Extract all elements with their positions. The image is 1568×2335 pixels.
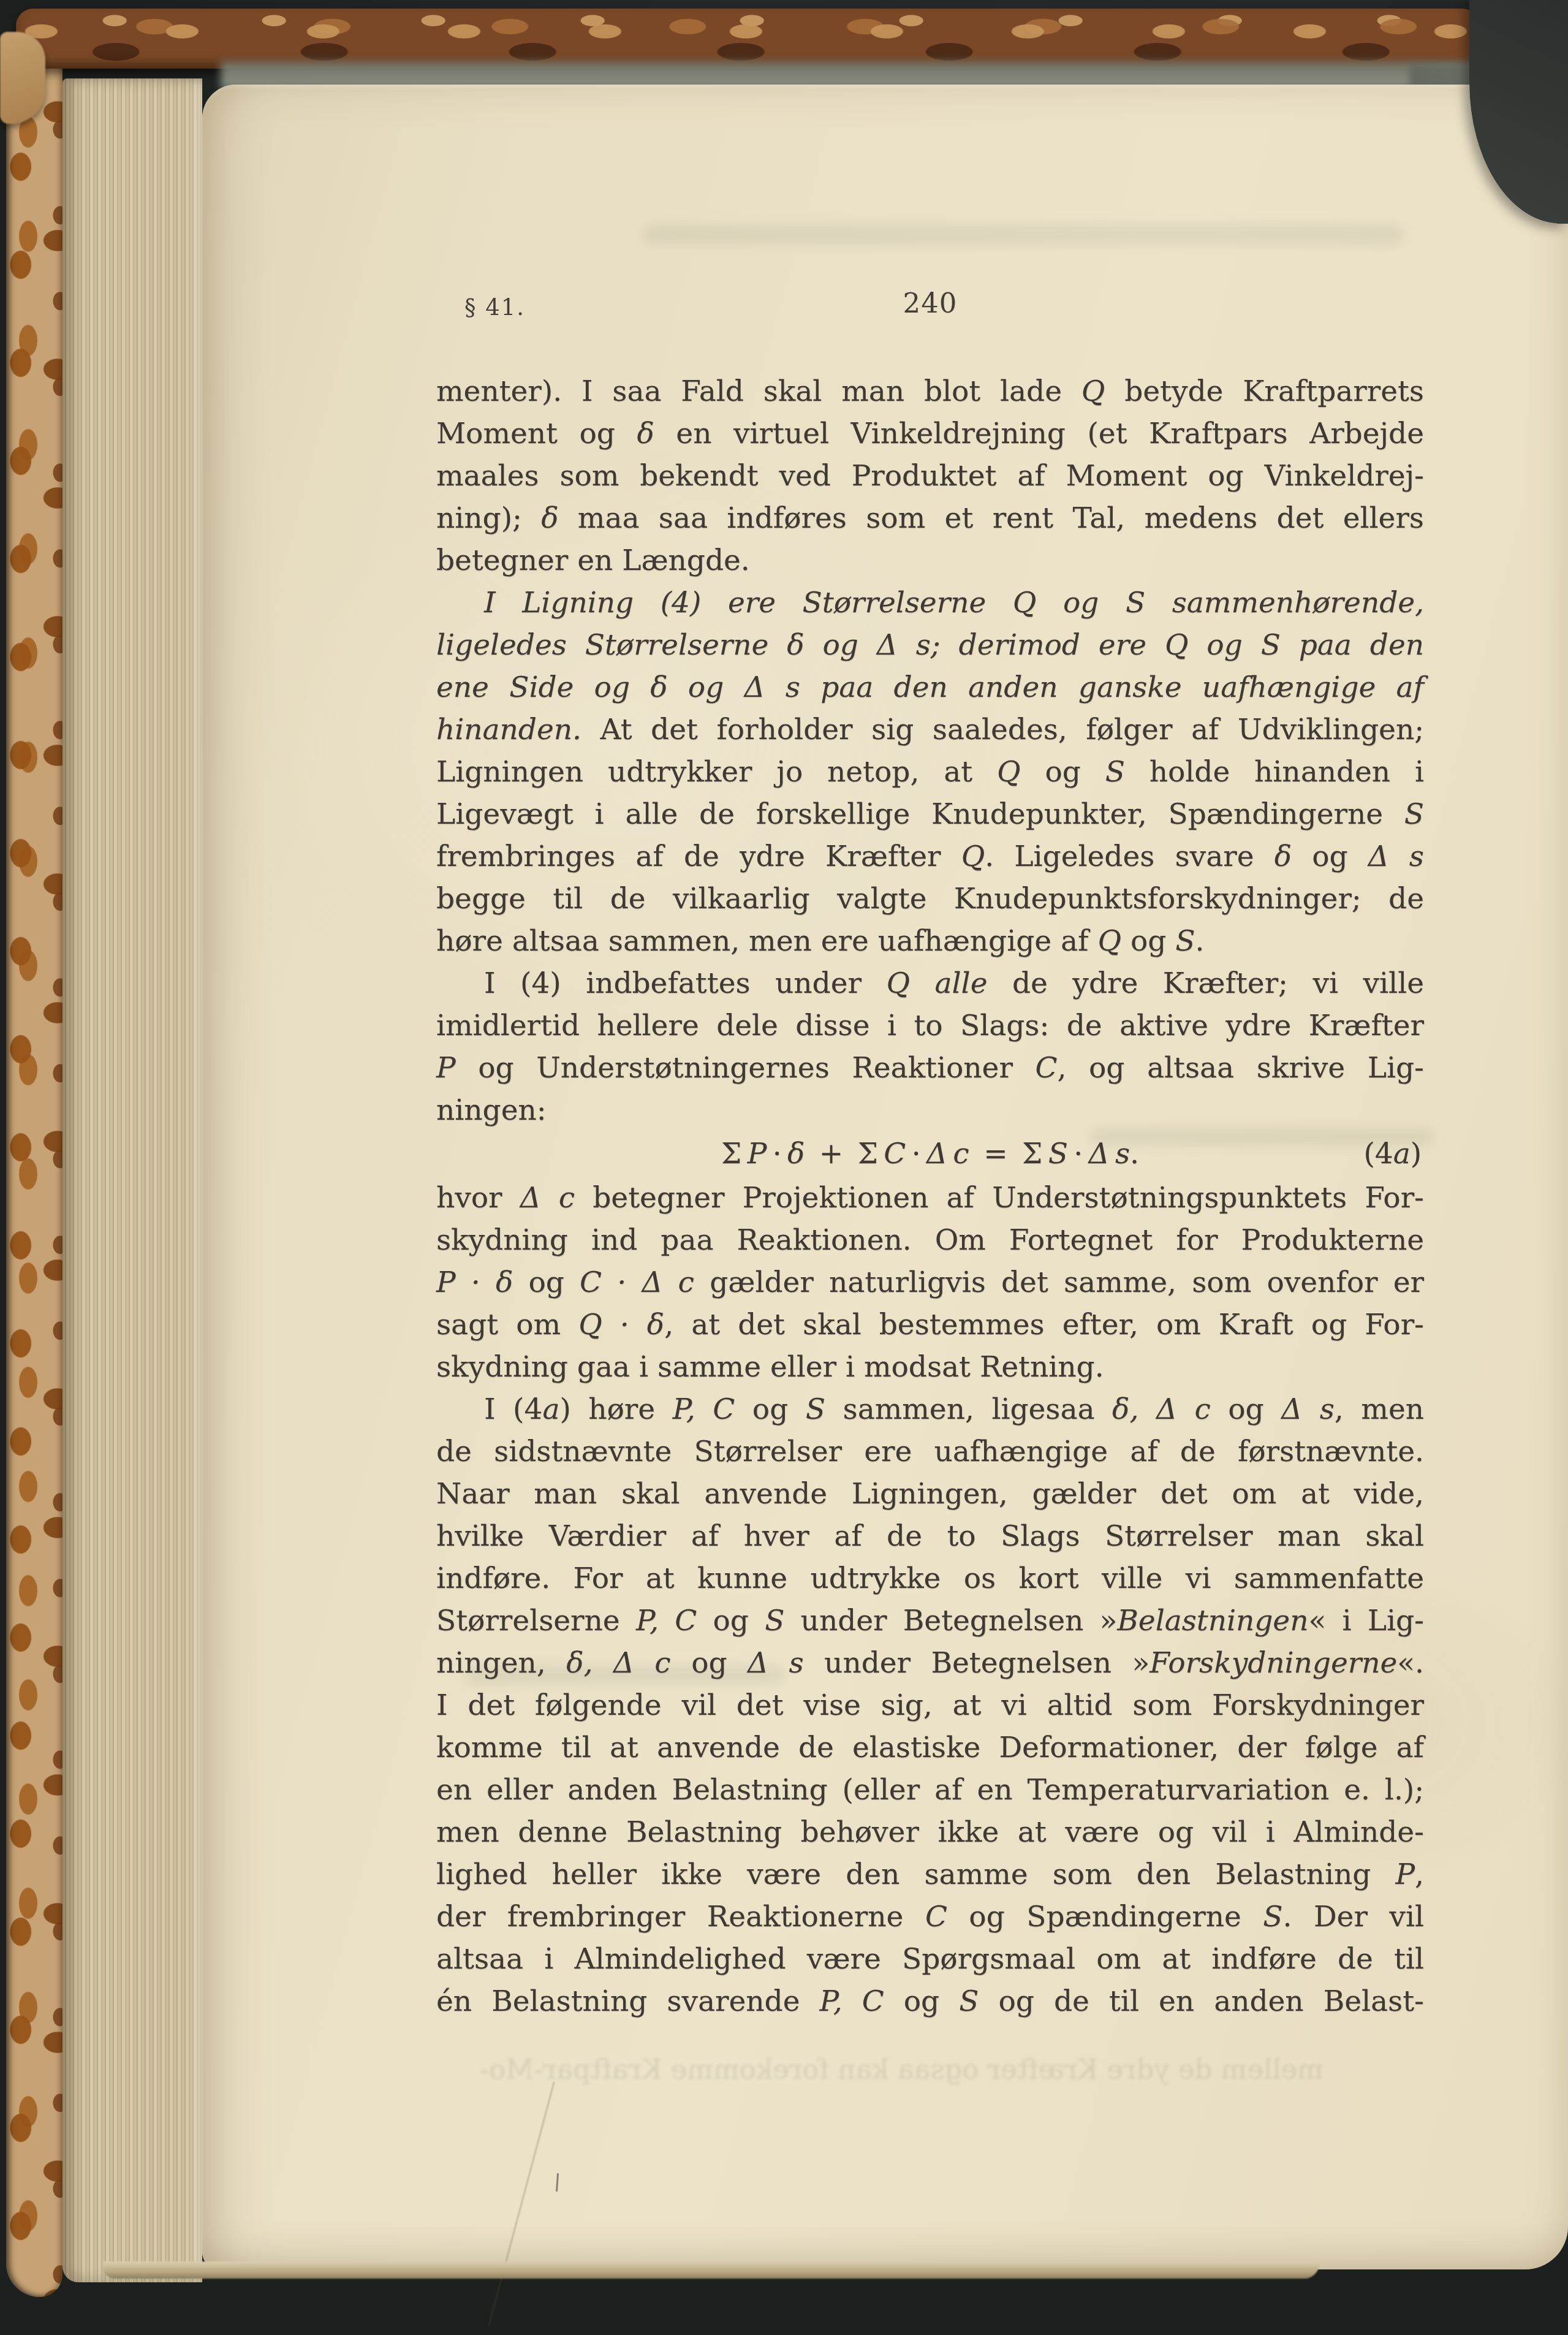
text-segment: , men [1335, 1392, 1424, 1426]
text-segment: gælder naturligvis det samme, som ovenfo… [694, 1266, 1424, 1299]
text-segment: hvilke Værdier af hver af de to Slags St… [436, 1519, 1424, 1553]
text-segment: og [735, 1392, 806, 1426]
text-segment: betegner Projektionen af Understøtningsp… [575, 1181, 1424, 1215]
math-symbol: ene Side og δ og Δ s paa den anden gansk… [436, 670, 1424, 704]
paragraph: I (4a) høre P, C og S sammen, ligesaa δ,… [436, 1388, 1424, 2022]
text-segment: en eller anden Belastning (eller af en T… [436, 1773, 1424, 1807]
text-segment: de ydre Kræfter; vi ville [987, 966, 1424, 1000]
math-symbol: Δ s [1368, 840, 1424, 873]
page-bottom-edge [103, 2261, 1319, 2279]
text-segment: . Ligeledes svare [985, 840, 1274, 873]
text-line: Ligevægt i alle de forskellige Knudepunk… [436, 793, 1424, 835]
math-symbol: δ, Δ c [566, 1646, 671, 1680]
text-segment: menter). I saa Fald skal man blot lade [436, 374, 1081, 408]
text-line: I Ligning (4) ere Størrelserne Q og S sa… [436, 582, 1424, 624]
math-symbol: Δ s [1281, 1392, 1335, 1426]
text-line: maales som bekendt ved Produktet af Mome… [436, 455, 1424, 497]
text-line: betegner en Længde. [436, 539, 1424, 582]
page-stack-edge [62, 78, 202, 2282]
math-symbol: C [1036, 1051, 1058, 1085]
pencil-mark [556, 2173, 559, 2192]
math-symbol: S [765, 1604, 784, 1638]
text-segment: og [513, 1266, 580, 1299]
math-symbol: S [1105, 755, 1125, 789]
math-symbol: δ, Δ c [1112, 1392, 1211, 1426]
bleed-through-smudge [643, 224, 1403, 245]
text-line: én Belastning svarende P, C og S og de t… [436, 1980, 1424, 2022]
paragraph: I (4) indbefattes under Q alle de ydre K… [436, 962, 1424, 1131]
text-line: skydning gaa i samme eller i modsat Retn… [436, 1346, 1424, 1388]
text-line: imidlertid hellere dele disse i to Slags… [436, 1004, 1424, 1047]
text-segment: · [1068, 1137, 1089, 1171]
text-line: I det følgende vil det vise sig, at vi a… [436, 1684, 1424, 1726]
math-symbol: Q [961, 840, 985, 873]
text-line: Moment og δ en virtuel Vinkeldrejning (e… [436, 412, 1424, 455]
text-line: men denne Belastning behøver ikke at vær… [436, 1811, 1424, 1853]
text-segment: skydning ind paa Reaktionen. Om Fortegne… [436, 1223, 1424, 1257]
math-symbol: S [1048, 1137, 1068, 1171]
text-line: ning); δ maa saa indføres som et rent Ta… [436, 497, 1424, 539]
text-segment: og [671, 1646, 748, 1680]
math-symbol: Q [997, 755, 1021, 789]
text-segment: « i Lig- [1308, 1604, 1424, 1638]
body-text: menter). I saa Fald skal man blot lade Q… [436, 370, 1424, 2022]
text-line: høre altsaa sammen, men ere uafhængige a… [436, 920, 1424, 962]
math-symbol: Q [1097, 924, 1121, 958]
text-segment: og [1292, 840, 1368, 873]
text-segment: lighed heller ikke være den samme som de… [436, 1858, 1395, 1891]
book-cover-top-edge [16, 9, 1484, 69]
text-line: ligeledes Størrelserne δ og Δ s; derimod… [436, 624, 1424, 666]
text-segment: og Spændingerne [947, 1900, 1263, 1934]
text-segment: . [1195, 924, 1204, 958]
text-line: ningen, δ, Δ c og Δ s under Betegnelsen … [436, 1642, 1424, 1684]
math-symbol: S [806, 1392, 825, 1426]
text-segment: hvor [436, 1181, 520, 1215]
math-symbol: C [925, 1900, 947, 1934]
text-line: der frembringer Reaktionerne C og Spændi… [436, 1896, 1424, 1938]
math-symbol: Δ s [748, 1646, 804, 1680]
text-line: lighed heller ikke være den samme som de… [436, 1853, 1424, 1896]
text-segment: Σ [858, 1137, 884, 1171]
text-segment: men denne Belastning behøver ikke at vær… [436, 1815, 1424, 1849]
text-segment: én Belastning svarende [436, 1984, 820, 2018]
math-symbol: S [959, 1984, 979, 2018]
text-line: altsaa i Almindelighed være Spørgsmaal o… [436, 1938, 1424, 1980]
text-segment: frembringes af de ydre Kræfter [436, 840, 961, 873]
text-segment: under Betegnelsen » [804, 1646, 1150, 1680]
math-symbol: alle [935, 966, 988, 1000]
text-segment: ningen: [436, 1093, 547, 1127]
text-segment: en virtuel Vinkeldrejning (et Kraftpars … [654, 417, 1424, 450]
text-segment: og Understøtningernes Reaktioner [456, 1051, 1036, 1085]
page-header: § 41. 240 [436, 287, 1424, 330]
text-segment: og [884, 1984, 960, 2018]
text-line: begge til de vilkaarlig valgte Knudepunk… [436, 878, 1424, 920]
page-number: 240 [436, 287, 1424, 319]
text-segment: betyde Kraftparrets [1105, 374, 1424, 408]
math-symbol: a [542, 1392, 559, 1426]
text-segment: Ligevægt i alle de forskellige Knudepunk… [436, 797, 1404, 831]
text-segment: komme til at anvende de elastiske Deform… [436, 1731, 1424, 1764]
math-symbol: S [1175, 924, 1195, 958]
text-segment [910, 966, 935, 1000]
math-symbol: P [748, 1137, 767, 1171]
scanned-book-page: § 41. 240 menter). I saa Fald skal man b… [0, 0, 1568, 2335]
text-line: indføre. For at kunne udtrykke os kort v… [436, 1557, 1424, 1600]
text-line: menter). I saa Fald skal man blot lade Q… [436, 370, 1424, 412]
text-line: ningen: [436, 1089, 1424, 1131]
text-segment: sagt om [436, 1308, 578, 1342]
bleed-through-text: mellem de ydre Kræfter ogsaa kan forekom… [429, 2053, 1324, 2086]
text-segment: indføre. For at kunne udtrykke os kort v… [436, 1562, 1424, 1595]
text-segment: der frembringer Reaktionerne [436, 1900, 925, 1934]
text-segment: , og altsaa skrive Lig- [1057, 1051, 1424, 1085]
text-segment: begge til de vilkaarlig valgte Knudepunk… [436, 882, 1424, 916]
math-symbol: Q · δ [578, 1308, 664, 1342]
book-page: § 41. 240 menter). I saa Fald skal man b… [202, 85, 1568, 2269]
text-segment: + [805, 1137, 857, 1171]
text-segment: Σ [721, 1137, 748, 1171]
text-segment: I (4) indbefattes under [484, 966, 886, 1000]
text-segment: under Betegnelsen » [784, 1604, 1117, 1638]
text-segment: maales som bekendt ved Produktet af Mome… [436, 459, 1424, 493]
math-symbol: Q [886, 966, 910, 1000]
math-symbol: a [1393, 1137, 1411, 1171]
text-line: komme til at anvende de elastiske Deform… [436, 1726, 1424, 1769]
math-symbol: Δ c [926, 1137, 969, 1171]
text-segment: (4 [1363, 1137, 1393, 1171]
equation: Σ P · δ + Σ C · Δ c = Σ S · Δ s. [721, 1137, 1139, 1171]
text-segment: · [906, 1137, 926, 1171]
text-segment: maa saa indføres som et rent Tal, medens… [559, 501, 1424, 535]
text-line: Størrelserne P, C og S under Betegnelsen… [436, 1600, 1424, 1642]
text-line: Ligningen udtrykker jo netop, at Q og S … [436, 751, 1424, 793]
text-segment: ) [1411, 1137, 1422, 1171]
text-segment: Σ [1022, 1137, 1048, 1171]
text-segment: = [969, 1137, 1022, 1171]
text-segment: , [1415, 1858, 1424, 1891]
text-line: sagt om Q · δ, at det skal bestemmes eft… [436, 1304, 1424, 1346]
text-line: I (4a) høre P, C og S sammen, ligesaa δ,… [436, 1388, 1424, 1430]
text-line: hinanden. At det forholder sig saaledes,… [436, 708, 1424, 751]
math-symbol: P [1395, 1858, 1415, 1891]
text-segment: I det følgende vil det vise sig, at vi a… [436, 1688, 1424, 1722]
math-symbol: P, C [636, 1604, 697, 1638]
text-segment: og [697, 1604, 765, 1638]
text-line: Naar man skal anvende Ligningen, gælder … [436, 1473, 1424, 1515]
scratch-mark [488, 2082, 555, 2326]
text-line: hvilke Værdier af hver af de to Slags St… [436, 1515, 1424, 1557]
text-segment: skydning gaa i samme eller i modsat Retn… [436, 1350, 1104, 1384]
text-segment: . Der vil [1282, 1900, 1424, 1934]
math-symbol: C [884, 1137, 906, 1171]
text-segment: sammen, ligesaa [825, 1392, 1112, 1426]
text-segment: Moment og [436, 417, 637, 450]
text-segment: og [1121, 924, 1175, 958]
text-line: ene Side og δ og Δ s paa den anden gansk… [436, 666, 1424, 708]
text-line: P og Understøtningernes Reaktioner C, og… [436, 1047, 1424, 1089]
math-symbol: C · Δ c [580, 1266, 694, 1299]
text-line: skydning ind paa Reaktionen. Om Fortegne… [436, 1219, 1424, 1261]
math-symbol: Forskydningerne [1149, 1646, 1397, 1680]
text-segment: I (4 [484, 1392, 542, 1426]
text-segment: Størrelserne [436, 1604, 636, 1638]
text-line: hvor Δ c betegner Projektionen af Unders… [436, 1177, 1424, 1219]
math-symbol: I Ligning (4) ere Størrelserne Q og S sa… [484, 586, 1424, 620]
text-segment: . [1130, 1137, 1139, 1171]
text-segment: At det forholder sig saaledes, følger af… [581, 713, 1424, 746]
math-symbol: P [436, 1051, 456, 1085]
text-segment: Ligningen udtrykker jo netop, at [436, 755, 997, 789]
text-segment: de sidstnævnte Størrelser ere uafhængige… [436, 1435, 1424, 1468]
text-segment: høre altsaa sammen, men ere uafhængige a… [436, 924, 1097, 958]
math-symbol: Q [1081, 374, 1105, 408]
text-segment: «. [1397, 1646, 1424, 1680]
text-segment: og [1211, 1392, 1282, 1426]
equation-label: (4a) [1363, 1131, 1422, 1177]
text-segment: , at det skal bestemmes efter, om Kraft … [664, 1308, 1424, 1342]
paragraph: I Ligning (4) ere Størrelserne Q og S sa… [436, 582, 1424, 962]
text-line: en eller anden Belastning (eller af en T… [436, 1769, 1424, 1811]
paragraph: menter). I saa Fald skal man blot lade Q… [436, 370, 1424, 582]
math-symbol: δ [787, 1137, 805, 1171]
math-symbol: P, C [673, 1392, 735, 1426]
math-symbol: P · δ [436, 1266, 513, 1299]
text-segment: · [767, 1137, 787, 1171]
text-segment: Naar man skal anvende Ligningen, gælder … [436, 1477, 1424, 1511]
text-segment: imidlertid hellere dele disse i to Slags… [436, 1009, 1424, 1042]
math-symbol: δ [637, 417, 654, 450]
text-segment: ning); [436, 501, 541, 535]
math-symbol: hinanden. [436, 713, 581, 746]
math-symbol: P, C [820, 1984, 884, 2018]
math-symbol: ligeledes Størrelserne δ og Δ s; derimod… [436, 628, 1424, 662]
text-segment: altsaa i Almindelighed være Spørgsmaal o… [436, 1942, 1424, 1976]
text-segment: ) høre [559, 1392, 672, 1426]
math-symbol: δ [1274, 840, 1292, 873]
math-symbol: Δ c [520, 1181, 575, 1215]
text-segment: holde hinanden i [1125, 755, 1424, 789]
text-line: I (4) indbefattes under Q alle de ydre K… [436, 962, 1424, 1004]
math-symbol: Belastningen [1117, 1604, 1308, 1638]
math-symbol: δ [541, 501, 558, 535]
marbled-cover-edge [6, 54, 62, 2297]
text-segment: ningen, [436, 1646, 566, 1680]
text-line: de sidstnævnte Størrelser ere uafhængige… [436, 1430, 1424, 1473]
text-line: P · δ og C · Δ c gælder naturligvis det … [436, 1261, 1424, 1304]
math-symbol: Δ s [1089, 1137, 1130, 1171]
text-line: frembringes af de ydre Kræfter Q. Ligele… [436, 835, 1424, 878]
text-segment: og [1021, 755, 1105, 789]
paragraph: hvor Δ c betegner Projektionen af Unders… [436, 1177, 1424, 1388]
text-segment: betegner en Længde. [436, 544, 750, 577]
math-symbol: S [1263, 1900, 1282, 1934]
equation-row: Σ P · δ + Σ C · Δ c = Σ S · Δ s.(4a) [436, 1131, 1424, 1177]
text-segment: og de til en anden Belast- [979, 1984, 1424, 2018]
math-symbol: S [1404, 797, 1424, 831]
